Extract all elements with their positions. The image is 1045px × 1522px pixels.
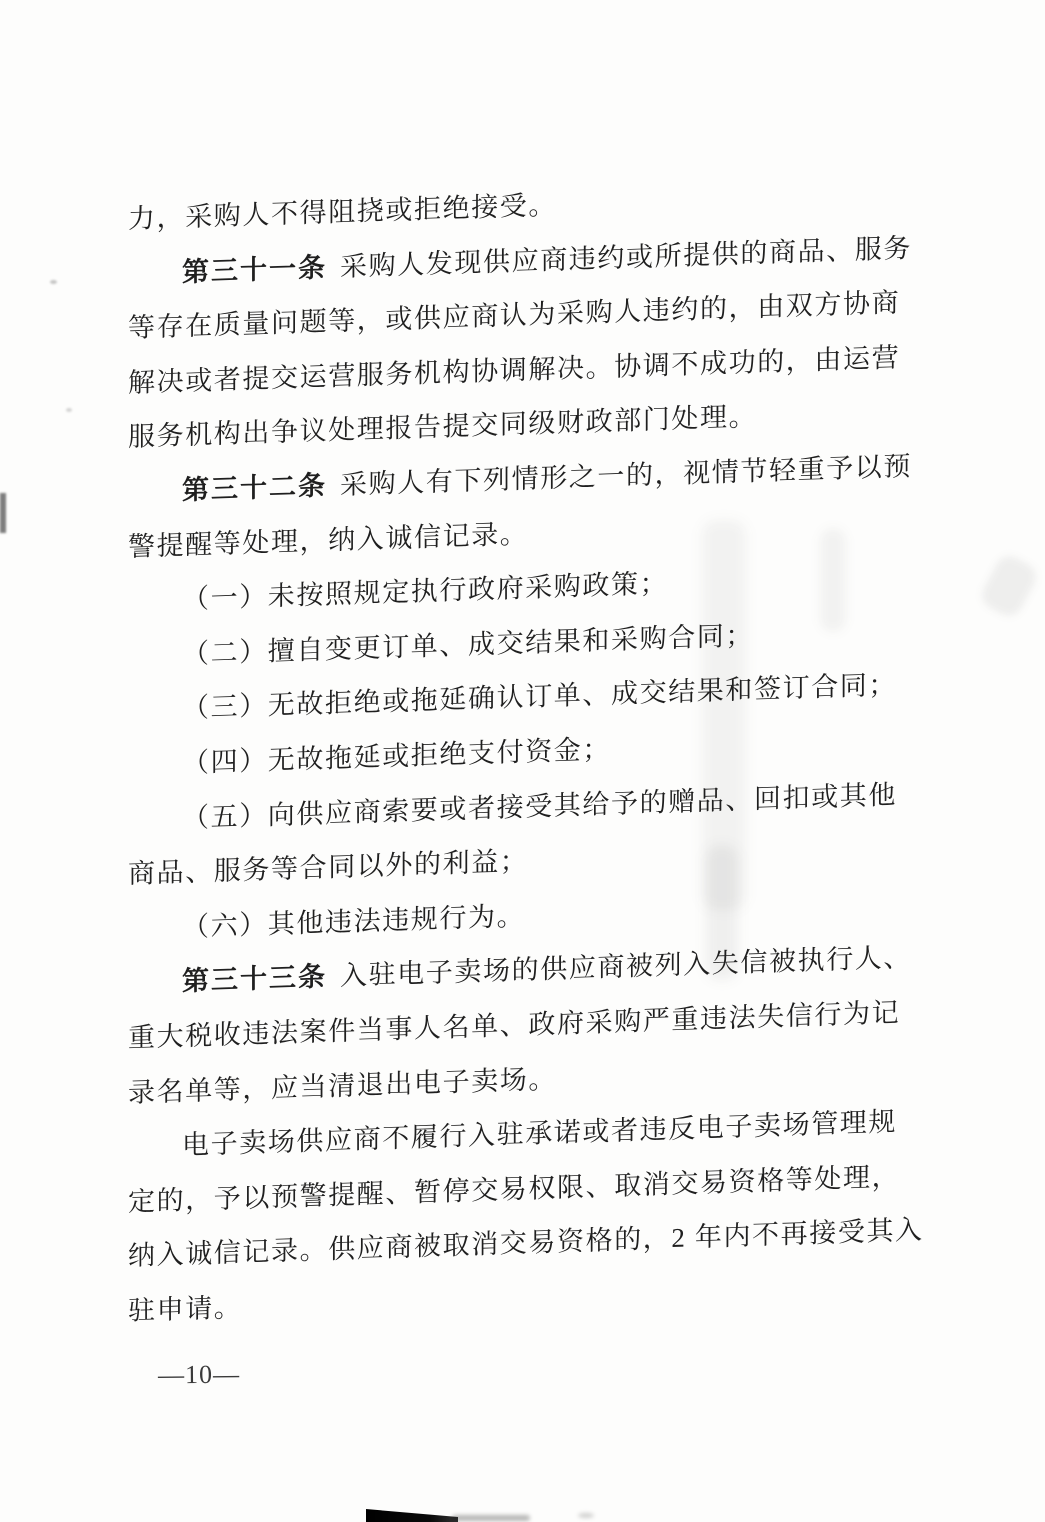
scan-speck (66, 408, 72, 412)
scan-speck (0, 493, 6, 533)
text-line-content: 力，采购人不得阻挠或拒绝接受。 (128, 190, 557, 234)
text-line-content: 入驻电子卖场的供应商被列入失信被执行人、 (340, 942, 912, 991)
document-body: 力，采购人不得阻挠或拒绝接受。第三十一条采购人发现供应商违约或所提供的商品、服务… (128, 166, 920, 1339)
scan-speck (50, 280, 57, 284)
text-line-content: 商品、服务等合同以外的利益； (128, 846, 528, 889)
text-line-content: （三）无故拒绝或拖延确认订单、成交结果和签订合同； (182, 670, 897, 724)
scan-smudge (706, 845, 738, 980)
text-line-content: （六）其他违法违规行为。 (182, 901, 525, 942)
text-line-content: 驻申请。 (128, 1292, 242, 1326)
text-line-content: （二）擅自变更订单、成交结果和采购合同； (182, 620, 754, 669)
article-number: 第三十一条 (182, 252, 327, 287)
text-line-content: 采购人发现供应商违约或所提供的商品、服务 (340, 233, 912, 282)
scan-speck (578, 1513, 594, 1518)
text-line-content: 录名单等，应当清退出电子卖场。 (128, 1063, 557, 1107)
text-line-content: （一）未按照规定执行政府采购政策； (182, 568, 668, 614)
scan-streak (452, 1515, 530, 1521)
text-line-content: 采购人有下列情形之一的，视情节轻重予以预 (340, 451, 912, 500)
text-line-content: 服务机构出争议处理报告提交同级财政部门处理。 (128, 402, 757, 453)
scanned-document-page: 力，采购人不得阻挠或拒绝接受。第三十一条采购人发现供应商违约或所提供的商品、服务… (0, 0, 1045, 1522)
text-line-content: （五）向供应商索要或者接受其给予的赠品、回扣或其他 (182, 779, 897, 833)
scan-smudge (820, 528, 846, 632)
text-line-content: 警提醒等处理，纳入诚信记录。 (128, 518, 528, 561)
text-line-content: （四）无故拖延或拒绝支付资金； (182, 734, 611, 778)
scan-streak (366, 1509, 458, 1522)
scan-smudge (977, 551, 1040, 620)
article-number: 第三十二条 (182, 470, 327, 505)
article-number: 第三十三条 (182, 962, 327, 997)
page-number: —10— (158, 1360, 240, 1391)
